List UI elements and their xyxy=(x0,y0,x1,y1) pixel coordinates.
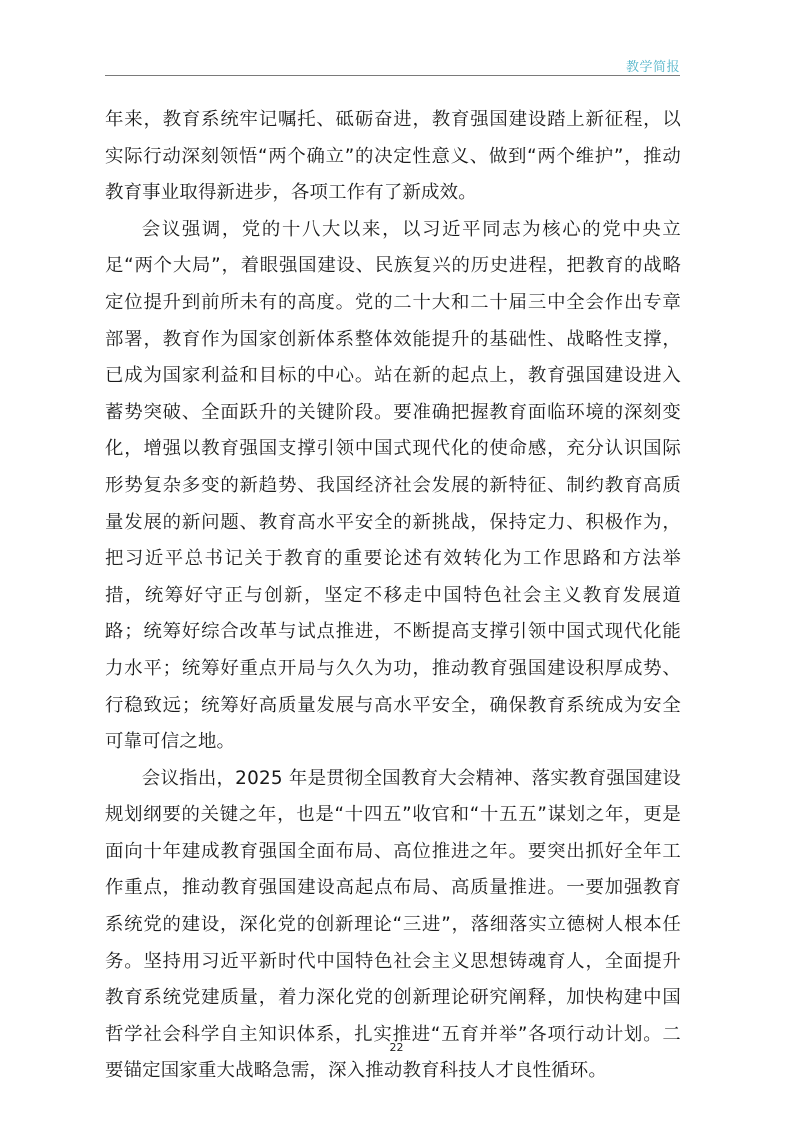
paragraph-1: 年来，教育系统牢记嘱托、砥砺奋进，教育强国建设踏上新征程，以实际行动深刻领悟“两… xyxy=(105,102,681,212)
page-number: 22 xyxy=(0,1041,793,1054)
body-text: 年来，教育系统牢记嘱托、砥砺奋进，教育强国建设踏上新征程，以实际行动深刻领悟“两… xyxy=(105,102,681,1090)
header-divider xyxy=(105,75,680,76)
running-header: 教学简报 xyxy=(105,56,680,76)
header-title: 教学简报 xyxy=(626,56,680,75)
paragraph-2: 会议强调，党的十八大以来，以习近平同志为核心的党中央立足“两个大局”，着眼强国建… xyxy=(105,212,681,761)
